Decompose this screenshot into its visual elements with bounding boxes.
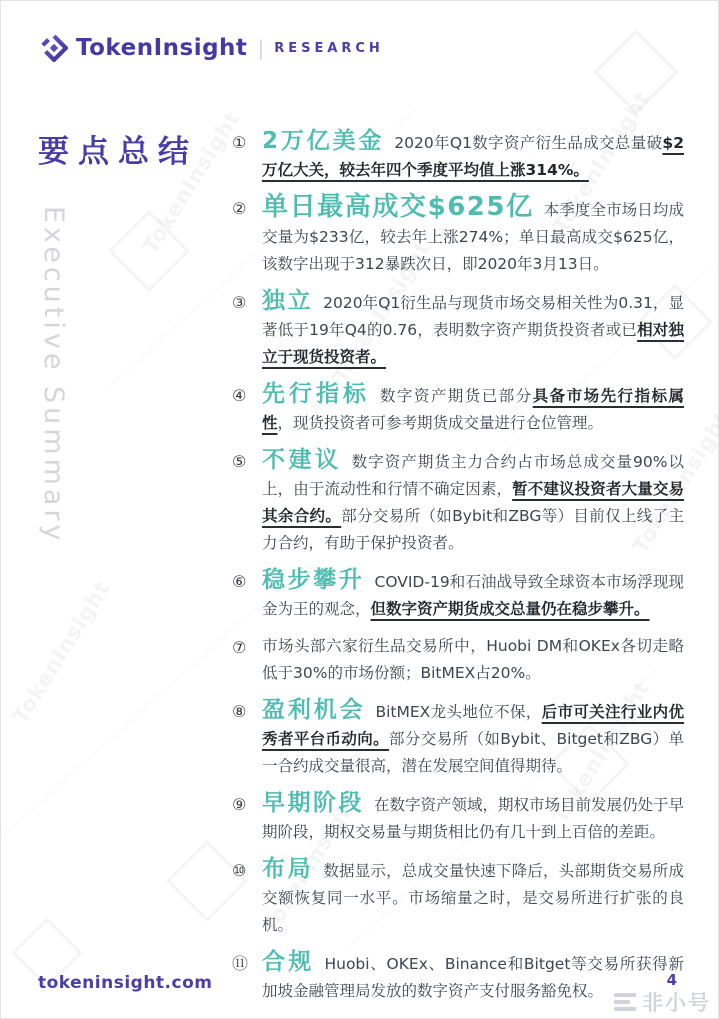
point-number: ⑪: [232, 950, 248, 977]
summary-point: ②单日最高成交$625亿本季度全市场日均成交量为$233亿，较去年上涨274%；…: [232, 194, 684, 278]
point-keyword: 盈利机会: [262, 697, 365, 723]
point-text: BitMEX龙头地位不保，: [375, 703, 541, 721]
header: TokenInsight | RESEARCH: [40, 34, 384, 62]
point-text: ，现货投资者可参考期货成交量进行仓位管理。: [278, 414, 604, 432]
point-number: ⑤: [232, 448, 246, 475]
summary-point: ①2万亿美金2020年Q1数字资产衍生品成交总量破$2万亿大关，较去年四个季度平…: [232, 128, 684, 184]
point-text: Huobi、OKEx、Binance和Bitget等交易所获得新加坡金融管理局发…: [262, 955, 684, 1000]
section-side-label: Executive Summary: [38, 206, 69, 566]
point-number: ⑥: [232, 568, 246, 595]
point-keyword: 稳步攀升: [262, 567, 365, 593]
summary-point: ④先行指标数字资产期货已部分具备市场先行指标属性，现货投资者可参考期货成交量进行…: [232, 381, 684, 437]
point-emphasis-text: 但数字资产期货成交总量仍在稳步攀升。: [371, 600, 650, 618]
point-number: ②: [232, 195, 246, 222]
watermark-logo-icon: [108, 210, 190, 292]
point-keyword: 先行指标: [262, 381, 370, 407]
point-number: ⑧: [232, 698, 246, 725]
point-keyword: 2万亿美金: [262, 128, 384, 154]
point-keyword: 单日最高成交$625亿: [262, 192, 534, 222]
point-text: 数据显示，总成交量快速下降后，头部期货交易所成交额恢复同一水平。市场缩量之时，是…: [262, 862, 684, 934]
footer-site-link[interactable]: tokeninsight.com: [38, 973, 213, 993]
summary-point: ⑥稳步攀升COVID-19和石油战导致全球资本市场浮现现金为王的观念，但数字资产…: [232, 567, 684, 623]
page-number: 4: [667, 971, 677, 989]
point-keyword: 布局: [262, 856, 313, 882]
brand-divider: |: [257, 36, 264, 60]
point-number: ③: [232, 289, 246, 316]
point-number: ①: [232, 129, 246, 156]
point-text: 2020年Q1数字资产衍生品成交总量破: [394, 134, 662, 152]
point-number: ⑨: [232, 791, 246, 818]
summary-point: ⑧盈利机会BitMEX龙头地位不保，后市可关注行业内优秀者平台币动向。部分交易所…: [232, 697, 684, 780]
summary-point: ⑦市场头部六家衍生品交易所中，Huobi DM和OKEx各切走略低于30%的市场…: [232, 633, 684, 687]
point-keyword: 早期阶段: [262, 790, 364, 816]
watermark-text: TokenInsight: [8, 577, 115, 728]
summary-point: ⑩布局数据显示，总成交量快速下降后，头部期货交易所成交额恢复同一水平。市场缩量之…: [232, 856, 684, 939]
point-text: 数字资产期货已部分: [380, 387, 533, 405]
report-page: TokenInsight TokenInsight TokenInsight T…: [0, 0, 719, 1019]
point-text: 2020年Q1衍生品与现货市场交易相关性为0.31，显著低于19年Q4的0.76…: [262, 294, 684, 339]
summary-point: ⑨早期阶段在数字资产领域，期权市场目前发展仍处于早期阶段，期权交易量与期货相比仍…: [232, 790, 684, 846]
brand-name: TokenInsight: [76, 35, 247, 61]
brand-unit-label: RESEARCH: [274, 41, 384, 56]
point-keyword: 独立: [262, 288, 313, 314]
summary-point: ⑤不建议数字资产期货主力合约占市场总成交量90%以上，由于流动性和行情不确定因素…: [232, 447, 684, 557]
point-keyword: 不建议: [262, 447, 342, 473]
tokeninsight-logo-icon: [40, 34, 68, 62]
summary-point: ③独立2020年Q1衍生品与现货市场交易相关性为0.31，显著低于19年Q4的0…: [232, 288, 684, 371]
page-title: 要点总结: [38, 126, 198, 171]
point-number: ⑩: [232, 857, 246, 884]
point-number: ⑦: [232, 634, 246, 661]
summary-point: ⑪合规Huobi、OKEx、Binance和Bitget等交易所获得新加坡金融管…: [232, 949, 684, 1005]
summary-points: ①2万亿美金2020年Q1数字资产衍生品成交总量破$2万亿大关，较去年四个季度平…: [232, 128, 684, 1015]
point-keyword: 合规: [262, 949, 314, 975]
point-number: ④: [232, 382, 246, 409]
watermark-logo-icon: [594, 30, 679, 115]
point-text: 市场头部六家衍生品交易所中，Huobi DM和OKEx各切走略低于30%的市场份…: [262, 637, 684, 682]
